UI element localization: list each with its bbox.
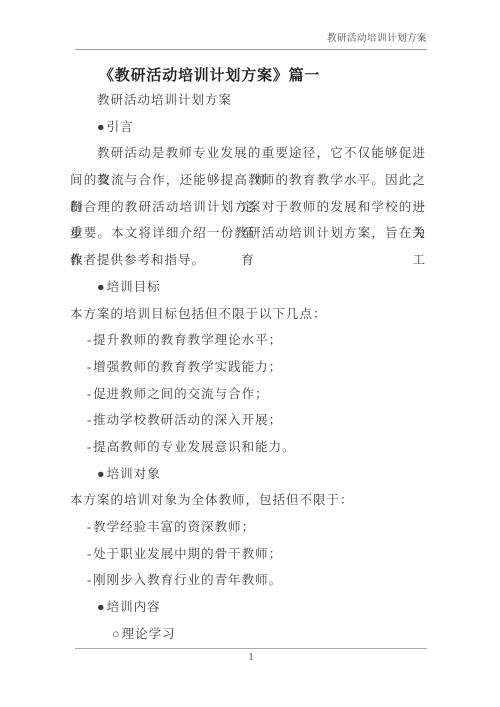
page-number: 1 — [75, 651, 427, 663]
dash-bullet: - — [87, 360, 92, 374]
line-text: 处于职业发展中期的骨干教师； — [93, 547, 282, 561]
line-text: 促进教师之间的交流与合作； — [93, 387, 269, 401]
line-text: 推动学校教研活动的深入开展； — [93, 413, 282, 427]
dash-item: -提升教师的教育教学理论水平； — [70, 327, 426, 354]
dash-bullet: - — [87, 573, 92, 587]
dash-item: -推动学校教研活动的深入开展； — [70, 407, 426, 434]
document-page: 教研活动培训计划方案 《教研活动培训计划方案》篇一 教研活动培训计划方案●引言教… — [0, 0, 500, 707]
paragraph-line: 本方案的培训对象为全体教师，包括但不限于： — [70, 487, 426, 514]
paragraph-line: 教研活动是教师专业发展的重要途径，它不仅能够促进教师之 — [70, 140, 426, 167]
line-text: 作者提供参考和指导。 — [70, 253, 205, 267]
bullet-item: ●培训对象 — [70, 461, 426, 488]
filled-circle-bullet-icon: ● — [97, 600, 106, 614]
line-text: 培训内容 — [107, 600, 161, 614]
bullet-item: ●培训内容 — [70, 594, 426, 621]
line-text: 增强教师的教育教学实践能力； — [93, 360, 282, 374]
footer-divider — [75, 648, 427, 649]
paragraph-line: 本方案的培训目标包括但不限于以下几点： — [70, 301, 426, 328]
dash-bullet: - — [87, 387, 92, 401]
bullet-item: ●引言 — [70, 114, 426, 141]
line-text: 教研活动培训计划方案 — [97, 93, 232, 107]
dash-bullet: - — [87, 413, 92, 427]
line-text: 引言 — [107, 120, 134, 134]
dash-item: -促进教师之间的交流与合作； — [70, 381, 426, 408]
dash-bullet: - — [87, 520, 92, 534]
dash-bullet: - — [87, 547, 92, 561]
line-text: 提高教师的专业发展意识和能力。 — [93, 440, 296, 454]
page-title: 《教研活动培训计划方案》篇一 — [99, 64, 320, 85]
dash-item: -处于职业发展中期的骨干教师； — [70, 541, 426, 568]
dash-item: -刚刚步入教育行业的青年教师。 — [70, 567, 426, 594]
paragraph-line: 教研活动培训计划方案 — [70, 87, 426, 114]
dash-bullet: - — [87, 333, 92, 347]
open-circle-bullet-icon: ○ — [112, 627, 121, 641]
paragraph-line: 份合理的教研活动培训计划方案对于教师的发展和学校的进步至关 — [70, 194, 426, 221]
circle-item: ○理论学习 — [70, 621, 426, 648]
line-text: 提升教师的教育教学理论水平； — [93, 333, 282, 347]
line-text: 本方案的培训目标包括但不限于以下几点： — [70, 307, 327, 321]
paragraph-line: 间的交流与合作，还能够提高教师的教育教学水平。因此，制定一 — [70, 167, 426, 194]
line-text: 培训对象 — [107, 467, 161, 481]
document-body: 教研活动培训计划方案●引言教研活动是教师专业发展的重要途径，它不仅能够促进教师之… — [70, 87, 426, 647]
dash-item: -提高教师的专业发展意识和能力。 — [70, 434, 426, 461]
filled-circle-bullet-icon: ● — [97, 280, 106, 294]
line-text: 本方案的培训对象为全体教师，包括但不限于： — [70, 493, 354, 507]
filled-circle-bullet-icon: ● — [97, 467, 106, 481]
line-text: 刚刚步入教育行业的青年教师。 — [93, 573, 282, 587]
dash-item: -增强教师的教育教学实践能力； — [70, 354, 426, 381]
line-text: 理论学习 — [122, 627, 176, 641]
dash-bullet: - — [87, 440, 92, 454]
bullet-item: ●培训目标 — [70, 274, 426, 301]
paragraph-line: 重要。本文将详细介绍一份教研活动培训计划方案，旨在为教育工 — [70, 220, 426, 247]
filled-circle-bullet-icon: ● — [97, 120, 106, 134]
dash-item: -教学经验丰富的资深教师； — [70, 514, 426, 541]
line-text: 教学经验丰富的资深教师； — [93, 520, 255, 534]
line-text: 培训目标 — [107, 280, 161, 294]
running-header: 教研活动培训计划方案 — [75, 30, 427, 50]
